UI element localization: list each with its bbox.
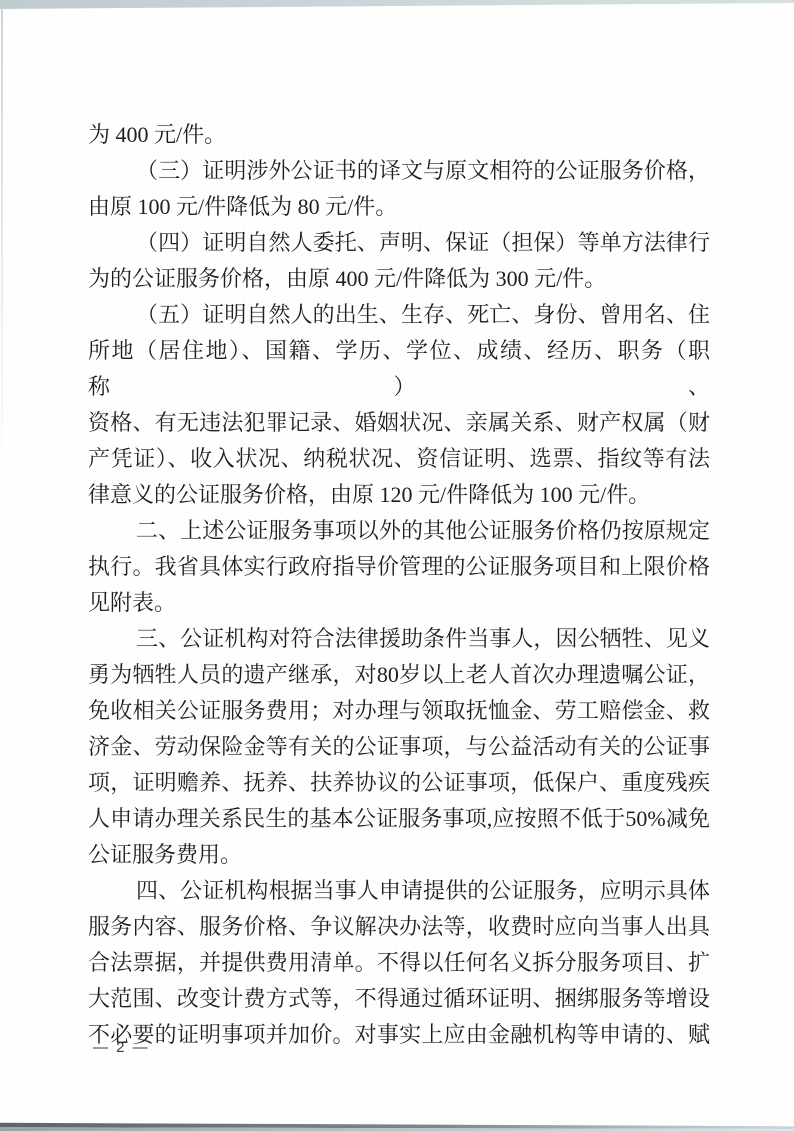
document-body: 为 400 元/件。（三）证明涉外公证书的译文与原文相符的公证服务价格，由原 1… (88, 117, 710, 1053)
paragraph: 二、上述公证服务事项以外的其他公证服务价格仍按原规定执行。我省具体实行政府指导价… (88, 513, 710, 621)
text-line: 为 400 元/件。 (88, 117, 710, 153)
text-line: 人申请办理关系民生的基本公证服务事项,应按照不低于50%减免 (88, 801, 710, 837)
paragraph: 三、公证机构对符合法律援助条件当事人，因公牺牲、见义勇为牺牲人员的遗产继承，对8… (88, 621, 710, 873)
paragraph: 为 400 元/件。 (88, 117, 710, 153)
page-number: — 2 — (93, 1039, 150, 1056)
text-line: 服务内容、服务价格、争议解决办法等，收费时应向当事人出具 (88, 909, 710, 945)
text-line: 大范围、改变计费方式等，不得通过循环证明、捆绑服务等增设 (88, 981, 710, 1017)
text-line: 合法票据，并提供费用清单。不得以任何名义拆分服务项目、扩 (88, 945, 710, 981)
text-line: 律意义的公证服务价格，由原 120 元/件降低为 100 元/件。 (88, 477, 710, 513)
text-line: 二、上述公证服务事项以外的其他公证服务价格仍按原规定 (88, 513, 710, 549)
text-line: （四）证明自然人委托、声明、保证（担保）等单方法律行 (88, 225, 710, 261)
text-line: 所地（居住地）、国籍、学历、学位、成绩、经历、职务（职称）、 (88, 333, 710, 405)
paragraph: （四）证明自然人委托、声明、保证（担保）等单方法律行为的公证服务价格，由原 40… (88, 225, 710, 297)
text-line: 项，证明赡养、抚养、扶养协议的公证事项，低保户、重度残疾 (88, 765, 710, 801)
paragraph: （五）证明自然人的出生、生存、死亡、身份、曾用名、住所地（居住地）、国籍、学历、… (88, 297, 710, 513)
text-line: （三）证明涉外公证书的译文与原文相符的公证服务价格， (88, 153, 710, 189)
paragraph: （三）证明涉外公证书的译文与原文相符的公证服务价格，由原 100 元/件降低为 … (88, 153, 710, 225)
text-line: 免收相关公证服务费用；对办理与领取抚恤金、劳工赔偿金、救 (88, 693, 710, 729)
text-line: 由原 100 元/件降低为 80 元/件。 (88, 189, 710, 225)
scan-edge-left (1, 8, 3, 568)
text-line: （五）证明自然人的出生、生存、死亡、身份、曾用名、住 (88, 297, 710, 333)
text-line: 四、公证机构根据当事人申请提供的公证服务，应明示具体 (88, 873, 710, 909)
document-page: 为 400 元/件。（三）证明涉外公证书的译文与原文相符的公证服务价格，由原 1… (0, 0, 794, 1131)
text-line: 不必要的证明事项并加价。对事实上应由金融机构等申请的、赋 (88, 1017, 710, 1053)
text-line: 三、公证机构对符合法律援助条件当事人，因公牺牲、见义 (88, 621, 710, 657)
text-line: 公证服务费用。 (88, 837, 710, 873)
text-line: 济金、劳动保险金等有关的公证事项，与公益活动有关的公证事 (88, 729, 710, 765)
text-line: 执行。我省具体实行政府指导价管理的公证服务项目和上限价格 (88, 549, 710, 585)
paragraph: 四、公证机构根据当事人申请提供的公证服务，应明示具体服务内容、服务价格、争议解决… (88, 873, 710, 1053)
text-line: 产凭证）、收入状况、纳税状况、资信证明、选票、指纹等有法 (88, 441, 710, 477)
scan-edge-bottom (0, 1121, 794, 1131)
text-line: 资格、有无违法犯罪记录、婚姻状况、亲属关系、财产权属（财 (88, 405, 710, 441)
scan-edge-top (0, 0, 794, 9)
scanned-document: { "page": { "number": "— 2 —" }, "docume… (0, 0, 794, 1131)
text-line: 为的公证服务价格，由原 400 元/件降低为 300 元/件。 (88, 261, 710, 297)
text-line: 见附表。 (88, 585, 710, 621)
text-line: 勇为牺牲人员的遗产继承，对80岁以上老人首次办理遗嘱公证， (88, 657, 710, 693)
